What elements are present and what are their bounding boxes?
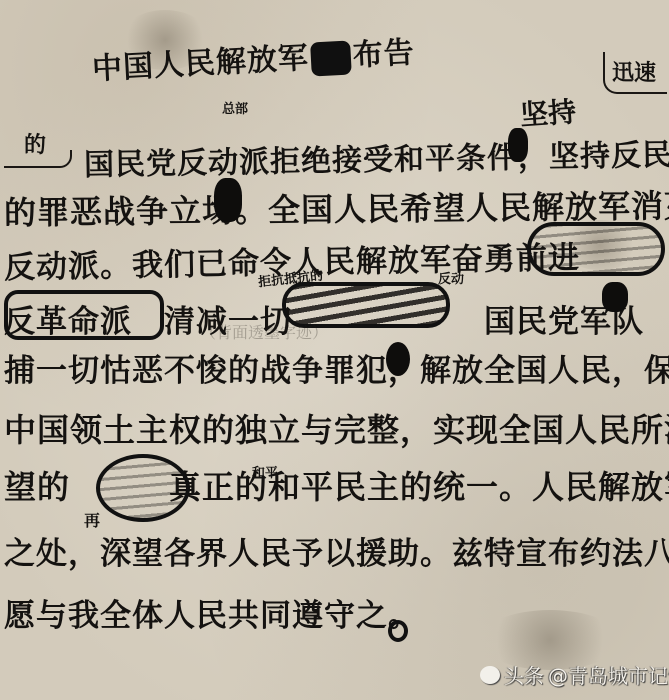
text-line-6: 中国领土主权的独立与完整，实现全国人民所渴 <box>4 405 663 451</box>
bleedthrough-text: （背面透墨字迹） <box>200 320 328 343</box>
crossed-out-blot <box>508 128 528 162</box>
insert-xunsu: 迅速 <box>612 56 656 87</box>
insert-jianchi: 坚持 <box>519 90 578 134</box>
crossed-out-oval <box>527 222 665 276</box>
crossed-out-blot <box>602 282 628 312</box>
crossed-out-blot <box>310 40 352 76</box>
insert-bracket <box>4 150 72 168</box>
watermark: 头条 @青岛城市记忆 <box>480 660 669 689</box>
insert-zai: 再 <box>84 508 100 531</box>
title-insert: 总部 <box>222 98 248 117</box>
insert-heping: 和平 <box>252 462 278 481</box>
text-line-8: 之处，深望各界人民予以援助。兹特宣布约法八章， <box>4 528 663 573</box>
full-stop-mark <box>388 620 408 642</box>
text-line-5: 捕一切怙恶不悛的战争罪犯，解放全国人民，保障 <box>4 345 663 390</box>
title-text-b: 布告 <box>352 35 416 73</box>
insert-fandong: 反动 <box>438 268 464 287</box>
toutiao-logo-icon <box>480 666 500 684</box>
text-line-9: 愿与我全体人民共同遵守之。 <box>4 590 663 635</box>
crossed-out-box <box>4 290 164 340</box>
crossed-out-oval <box>96 454 190 522</box>
watermark-platform: 头条 <box>504 660 544 689</box>
text-line-1: 国民党反动派拒绝接受和平条件，坚持反民族反人民 <box>84 130 664 184</box>
title-text-a: 中国人民解放军 <box>91 41 310 87</box>
watermark-handle: @青岛城市记忆 <box>548 660 669 689</box>
crossed-out-blot <box>386 342 410 376</box>
manuscript-page: 中国人民解放军布告 总部 坚持 迅速 的 国民党反动派拒绝接受和平条件，坚持反民… <box>0 0 669 700</box>
crossed-out-blot <box>214 178 242 222</box>
